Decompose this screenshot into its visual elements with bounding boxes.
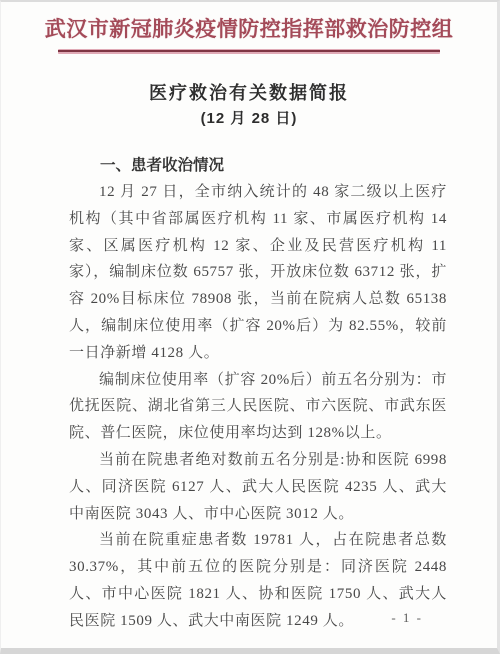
document-body: 一、患者收治情况 12 月 27 日，全市纳入统计的 48 家二级以上医疗机构（… <box>69 152 447 635</box>
paragraph-inpatient-top5: 当前在院患者绝对数前五名分别是:协和医院 6998 人、同济医院 6127 人、… <box>69 447 447 527</box>
document-title: 医疗救治有关数据简报 <box>1 81 497 105</box>
section-heading: 一、患者收治情况 <box>69 152 447 179</box>
document-date-line: (12 月 28 日) <box>1 108 497 130</box>
paragraph-severe-cases-top5: 当前在院重症患者数 19781 人，占在院患者总数 30.37%，其中前五位的医… <box>69 527 447 634</box>
paragraph-bed-statistics: 12 月 27 日，全市纳入统计的 48 家二级以上医疗机构（其中省部属医疗机构… <box>69 179 447 367</box>
page-number: - 1 - <box>391 610 423 626</box>
document-page: 武汉市新冠肺炎疫情防控指挥部救治防控组 医疗救治有关数据简报 (12 月 28 … <box>0 0 500 654</box>
letterhead-divider-rule <box>58 49 440 54</box>
letterhead-org-name: 武汉市新冠肺炎疫情防控指挥部救治防控组 <box>1 15 497 43</box>
paragraph-bed-usage-top5: 编制床位使用率（扩容 20%后）前五名分别为：市优抚医院、湖北省第三人民医院、市… <box>69 367 447 447</box>
